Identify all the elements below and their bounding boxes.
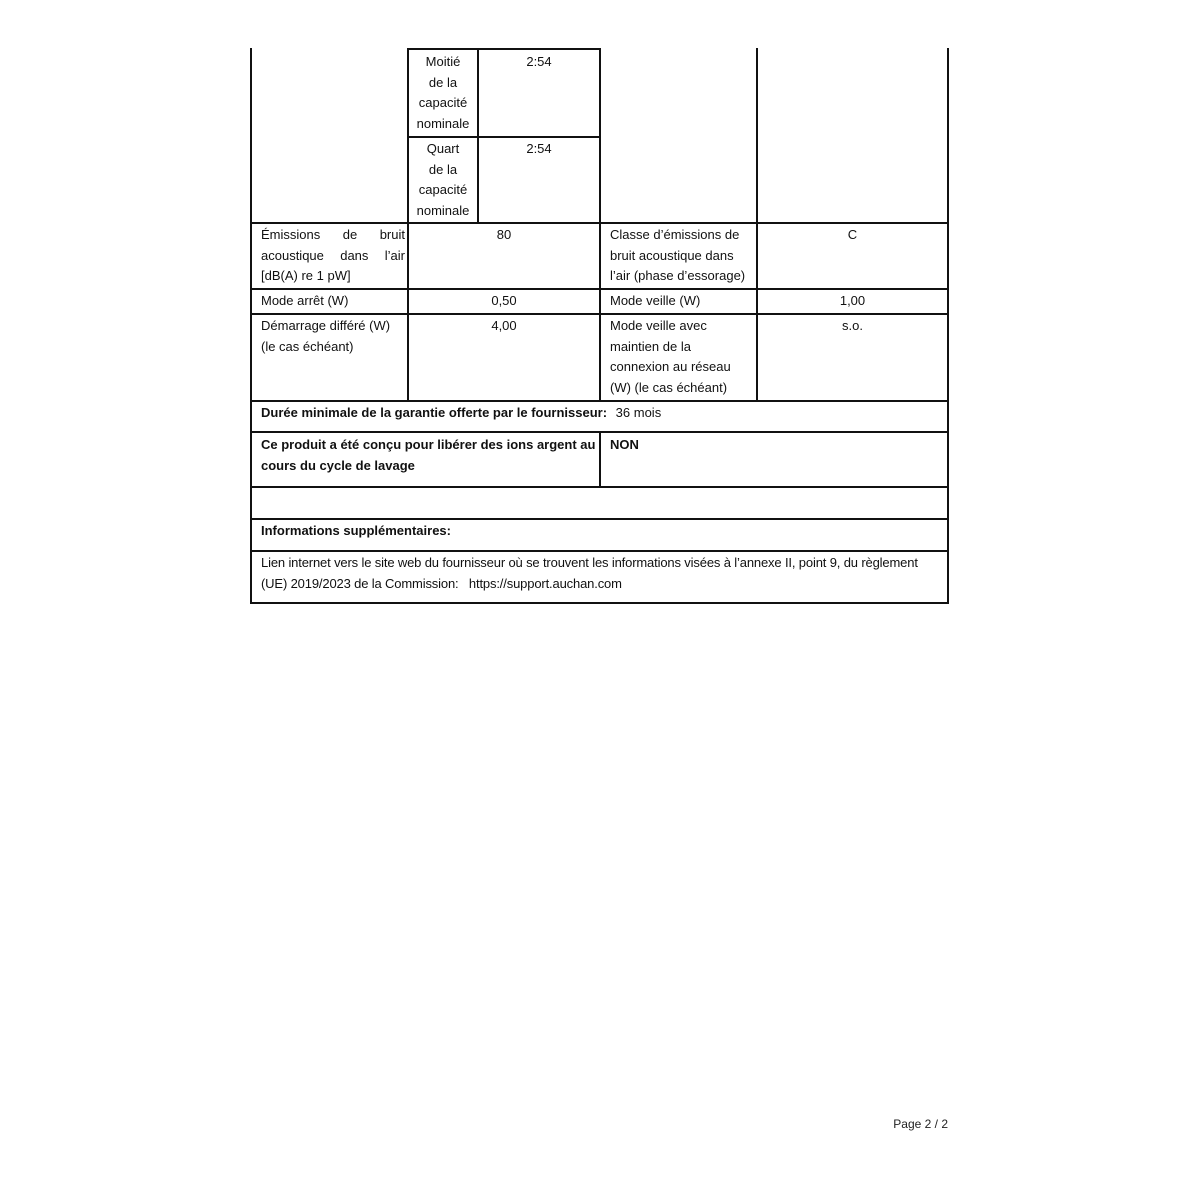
label-line: Ce produit a été conçu pour libérer des … — [261, 435, 597, 456]
duration-quarter-capacity-value: 2:54 — [479, 139, 599, 160]
off-mode-value: 0,50 — [409, 291, 599, 312]
row-line-432 — [250, 431, 949, 433]
warranty-row: Durée minimale de la garantie offerte pa… — [261, 403, 941, 424]
warranty-label: Durée minimale de la garantie offerte pa… — [261, 405, 607, 420]
subtable-top — [407, 48, 601, 50]
text-line: Lien internet vers le site web du fourni… — [261, 553, 945, 574]
row-line-519 — [250, 518, 949, 520]
warranty-value: 36 mois — [616, 405, 662, 420]
row-line-314 — [250, 313, 949, 315]
label-line: de la — [409, 73, 477, 94]
col-divider-2 — [599, 48, 601, 401]
label-line: [dB(A) re 1 pW] — [261, 266, 405, 287]
page-number: Page 2 / 2 — [880, 1117, 948, 1131]
subtable-mid — [407, 136, 601, 138]
table-border-right — [947, 48, 949, 604]
noise-class-label: Classe d’émissions de bruit acoustique d… — [610, 225, 756, 287]
label-line: nominale — [409, 201, 477, 222]
additional-info-text: Lien internet vers le site web du fourni… — [261, 553, 945, 594]
noise-emission-label: Émissions de bruit acoustique dans l’air… — [261, 225, 405, 287]
row-line-401 — [250, 400, 949, 402]
label-line: Quart — [409, 139, 477, 160]
table-border-left — [250, 48, 252, 604]
additional-info-heading: Informations supplémentaires: — [261, 521, 941, 542]
label-line: Classe d’émissions de — [610, 225, 756, 246]
label-line: (W) (le cas échéant) — [610, 378, 756, 399]
col-divider-silver — [599, 432, 601, 487]
duration-half-capacity-value: 2:54 — [479, 52, 599, 73]
noise-emission-value: 80 — [409, 225, 599, 246]
row-line-551 — [250, 550, 949, 552]
label-line: Démarrage différé (W) — [261, 316, 405, 337]
noise-class-value: C — [758, 225, 947, 246]
standby-mode-value: 1,00 — [758, 291, 947, 312]
text-line: (UE) 2019/2023 de la Commission: https:/… — [261, 574, 945, 595]
label-line: l’air (phase d’essorage) — [610, 266, 756, 287]
label-line: bruit acoustique dans — [610, 246, 756, 267]
silver-ions-label: Ce produit a été conçu pour libérer des … — [261, 435, 597, 476]
row-line-289 — [250, 288, 949, 290]
label-line: connexion au réseau — [610, 357, 756, 378]
delayed-start-label: Démarrage différé (W) (le cas échéant) — [261, 316, 405, 357]
label-line: maintien de la — [610, 337, 756, 358]
label-line: Moitié — [409, 52, 477, 73]
label-line: Émissions de bruit — [261, 225, 405, 246]
label-line: cours du cycle de lavage — [261, 456, 597, 477]
label-line: (le cas échéant) — [261, 337, 405, 358]
label-line: de la — [409, 160, 477, 181]
delayed-start-value: 4,00 — [409, 316, 599, 337]
networked-standby-value: s.o. — [758, 316, 947, 337]
duration-half-capacity-label: Moitié de la capacité nominale — [409, 52, 477, 134]
standby-mode-label: Mode veille (W) — [610, 291, 756, 312]
label-line: acoustique dans l’air — [261, 246, 405, 267]
table-border-bottom — [250, 602, 949, 604]
label-line: capacité — [409, 93, 477, 114]
off-mode-label: Mode arrêt (W) — [261, 291, 405, 312]
networked-standby-label: Mode veille avec maintien de la connexio… — [610, 316, 756, 398]
label-line: capacité — [409, 180, 477, 201]
silver-ions-value: NON — [610, 435, 940, 456]
label-line: Mode veille avec — [610, 316, 756, 337]
label-line: nominale — [409, 114, 477, 135]
duration-quarter-capacity-label: Quart de la capacité nominale — [409, 139, 477, 221]
row-line-487 — [250, 486, 949, 488]
row-line-223 — [250, 222, 949, 224]
